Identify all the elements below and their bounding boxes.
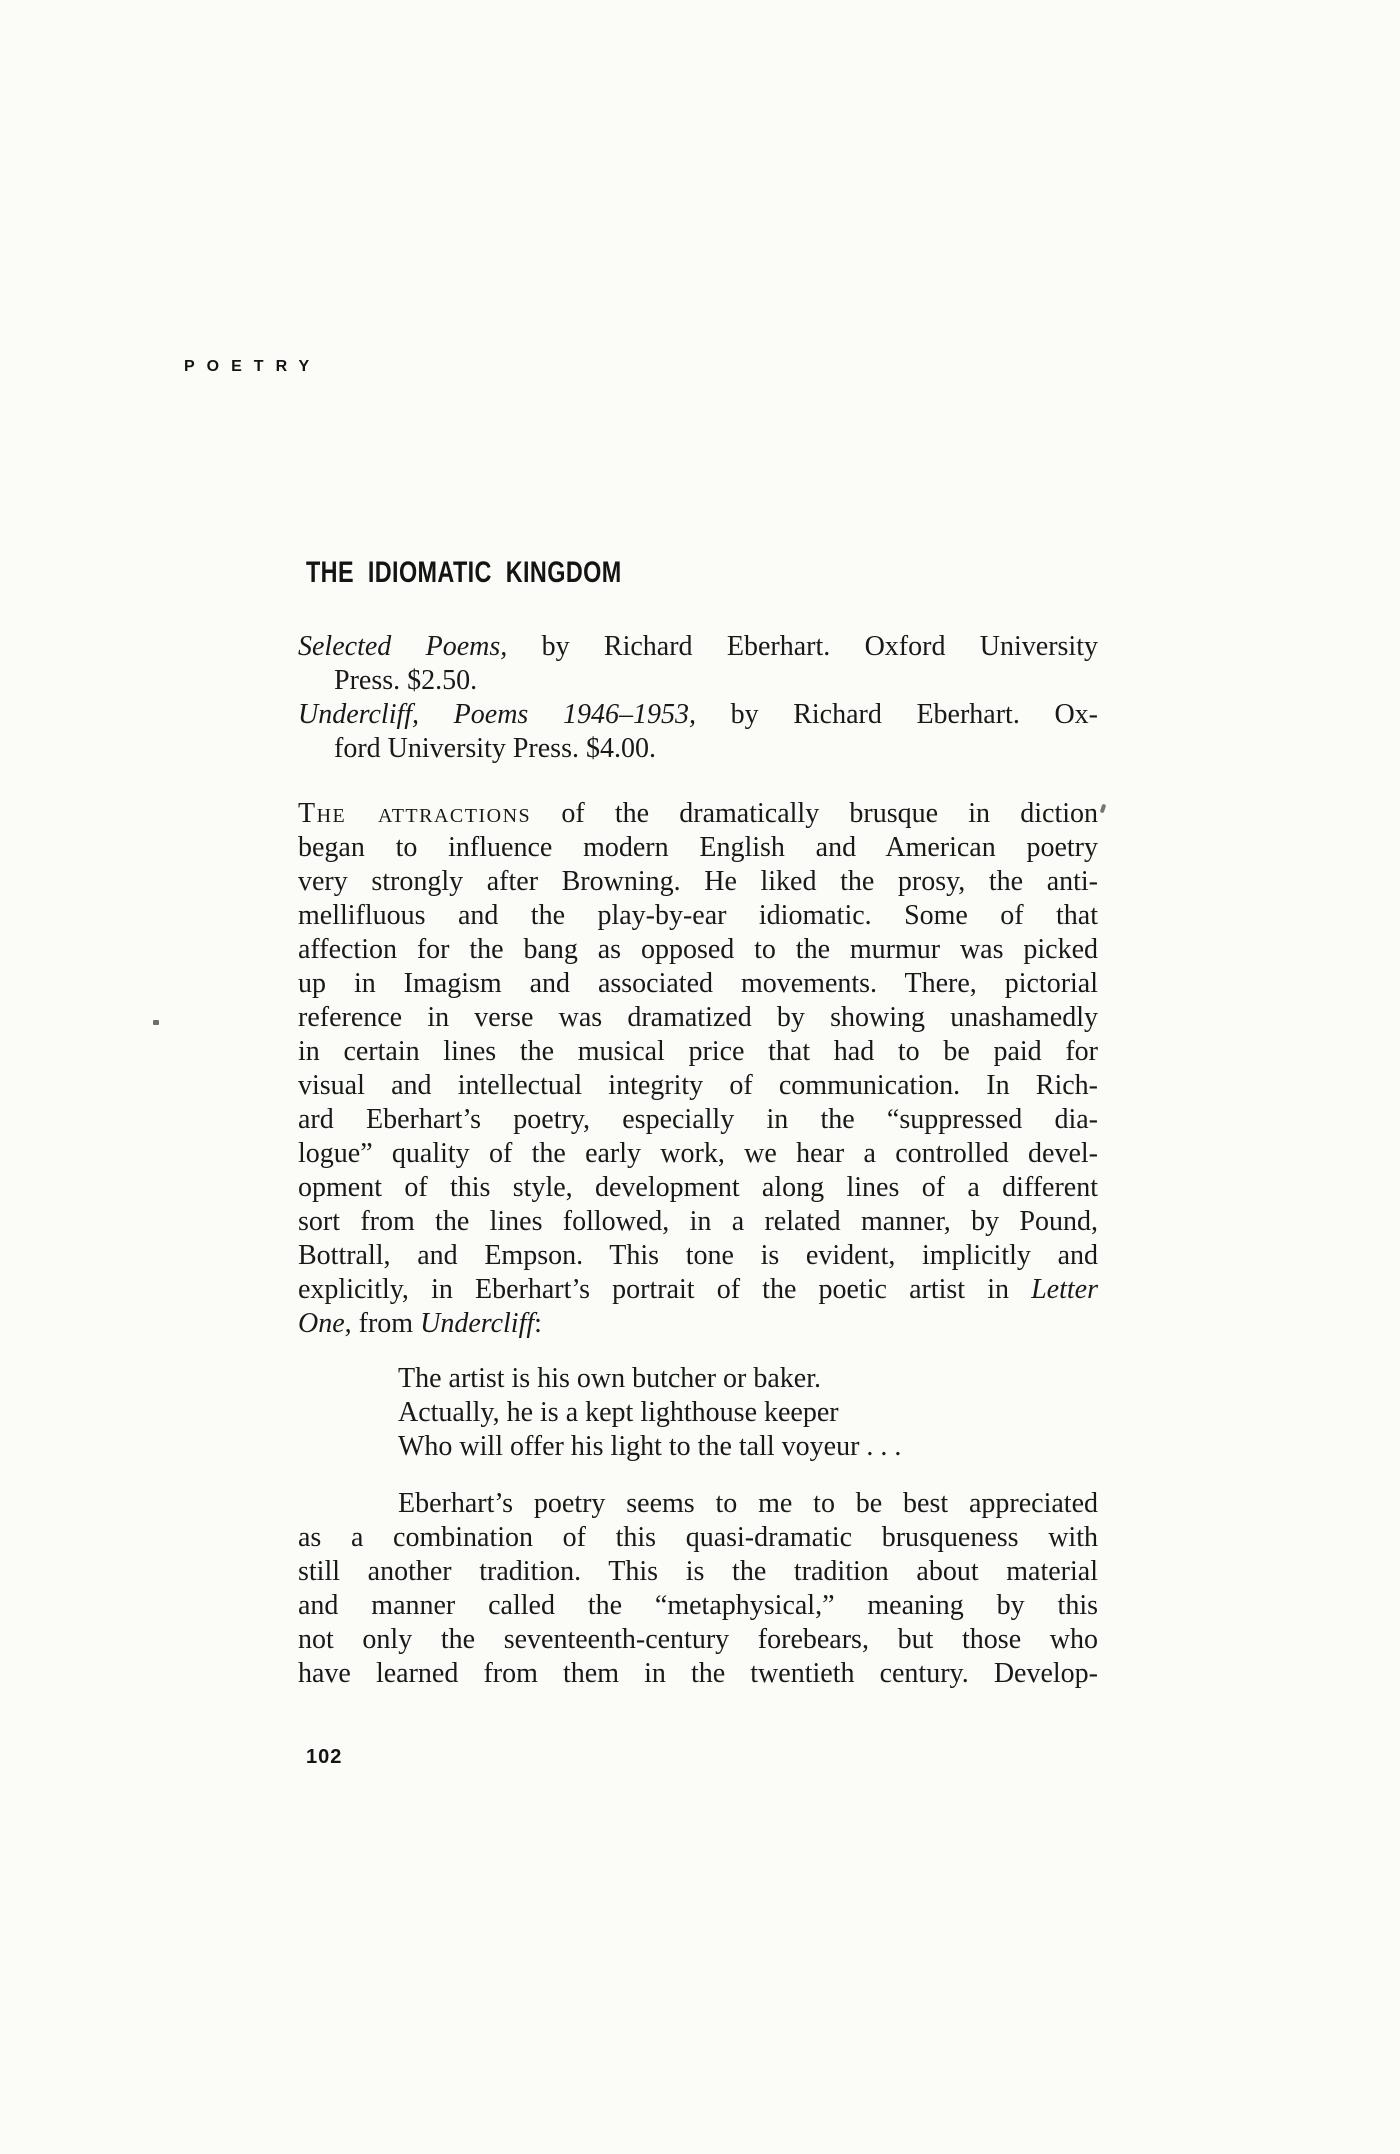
text-line: Press. $2.50. [298,664,1098,698]
article-title: THE IDIOMATIC KINGDOM [306,556,622,590]
paragraph-1: The attractions of the dramatically brus… [298,797,1098,1341]
text-run: logue” quality of the early work, we hea… [298,1138,1098,1169]
text-line: explicitly, in Eberhart’s portrait of th… [298,1273,1098,1307]
paragraph-2: Eberhart’s poetry seems to me to be best… [298,1487,1098,1691]
text-run: reference in verse was dramatized by sho… [298,1002,1098,1033]
text-line: began to influence modern English and Am… [298,831,1098,865]
verse-quote: The artist is his own butcher or baker.A… [398,1362,1098,1464]
text-line: reference in verse was dramatized by sho… [298,1001,1098,1035]
text-run: opment of this style, development along … [298,1172,1098,1203]
text-run: have learned from them in the twentieth … [298,1658,1098,1689]
italic-text: Undercliff [420,1308,534,1339]
italic-text: Letter [1031,1274,1098,1305]
text-line: as a combination of this quasi-dramatic … [298,1521,1098,1555]
text-run: sort from the lines followed, in a relat… [298,1206,1098,1237]
text-run: and manner called the “metaphysical,” me… [298,1590,1098,1621]
text-line: Eberhart’s poetry seems to me to be best… [298,1487,1098,1521]
text-line: The attractions of the dramatically brus… [298,797,1098,831]
text-run: from [352,1308,420,1339]
text-run: in certain lines the musical price that … [298,1036,1098,1067]
text-run: Who will offer his light to the tall voy… [398,1431,901,1462]
text-run: began to influence modern English and Am… [298,832,1098,863]
text-line: Actually, he is a kept lighthouse keeper [398,1396,1098,1430]
text-run: The artist is his own butcher or baker. [398,1363,821,1394]
text-run: very strongly after Browning. He liked t… [298,866,1098,897]
text-line: Bottrall, and Empson. This tone is evide… [298,1239,1098,1273]
text-line: logue” quality of the early work, we hea… [298,1137,1098,1171]
page-number: 102 [306,1746,342,1769]
text-line: One, from Undercliff: [298,1307,1098,1341]
running-header: POETRY [184,358,321,376]
text-run: by Richard Eberhart. Ox- [696,699,1098,730]
text-line: mellifluous and the play-by-ear idiomati… [298,899,1098,933]
ink-speck [1100,804,1107,814]
text-run: Press. $2.50. [334,665,477,696]
text-run: : [534,1308,542,1339]
text-line: opment of this style, development along … [298,1171,1098,1205]
text-line: affection for the bang as opposed to the… [298,933,1098,967]
text-run: Actually, he is a kept lighthouse keeper [398,1397,839,1428]
text-line: Undercliff, Poems 1946–1953, by Richard … [298,698,1098,732]
text-run: ford University Press. $4.00. [334,733,656,764]
text-line: The artist is his own butcher or baker. [398,1362,1098,1396]
text-line: have learned from them in the twentieth … [298,1657,1098,1691]
text-run: by Richard Eberhart. Oxford University [507,631,1098,662]
text-run: up in Imagism and associated movements. … [298,968,1098,999]
book-citations: Selected Poems, by Richard Eberhart. Oxf… [298,630,1098,766]
text-line: Who will offer his light to the tall voy… [398,1430,1098,1464]
text-run: affection for the bang as opposed to the… [298,934,1098,965]
text-run: Bottrall, and Empson. This tone is evide… [298,1240,1098,1271]
text-line: sort from the lines followed, in a relat… [298,1205,1098,1239]
text-run: mellifluous and the play-by-ear idiomati… [298,900,1098,931]
text-line: in certain lines the musical price that … [298,1035,1098,1069]
text-run: as a combination of this quasi-dramatic … [298,1522,1098,1553]
text-line: very strongly after Browning. He liked t… [298,865,1098,899]
text-line: not only the seventeenth-century forebea… [298,1623,1098,1657]
text-run: still another tradition. This is the tra… [298,1556,1098,1587]
text-line: ford University Press. $4.00. [298,732,1098,766]
italic-text: Undercliff, Poems 1946–1953, [298,699,696,730]
text-run: of the dramatically brusque in diction [531,798,1098,829]
scanned-book-page: POETRY THE IDIOMATIC KINGDOM Selected Po… [0,0,1400,2154]
ink-speck [153,1020,159,1025]
text-line: and manner called the “metaphysical,” me… [298,1589,1098,1623]
text-run: not only the seventeenth-century forebea… [298,1624,1098,1655]
italic-text: One, [298,1308,352,1339]
italic-text: Selected Poems, [298,631,507,662]
small-caps-text: The attractions [298,798,531,829]
text-run: ard Eberhart’s poetry, especially in the… [298,1104,1098,1135]
text-run: visual and intellectual integrity of com… [298,1070,1098,1101]
text-line: ard Eberhart’s poetry, especially in the… [298,1103,1098,1137]
text-line: still another tradition. This is the tra… [298,1555,1098,1589]
text-run: explicitly, in Eberhart’s portrait of th… [298,1274,1031,1305]
text-line: Selected Poems, by Richard Eberhart. Oxf… [298,630,1098,664]
text-line: up in Imagism and associated movements. … [298,967,1098,1001]
text-line: visual and intellectual integrity of com… [298,1069,1098,1103]
text-run: Eberhart’s poetry seems to me to be best… [398,1488,1098,1519]
